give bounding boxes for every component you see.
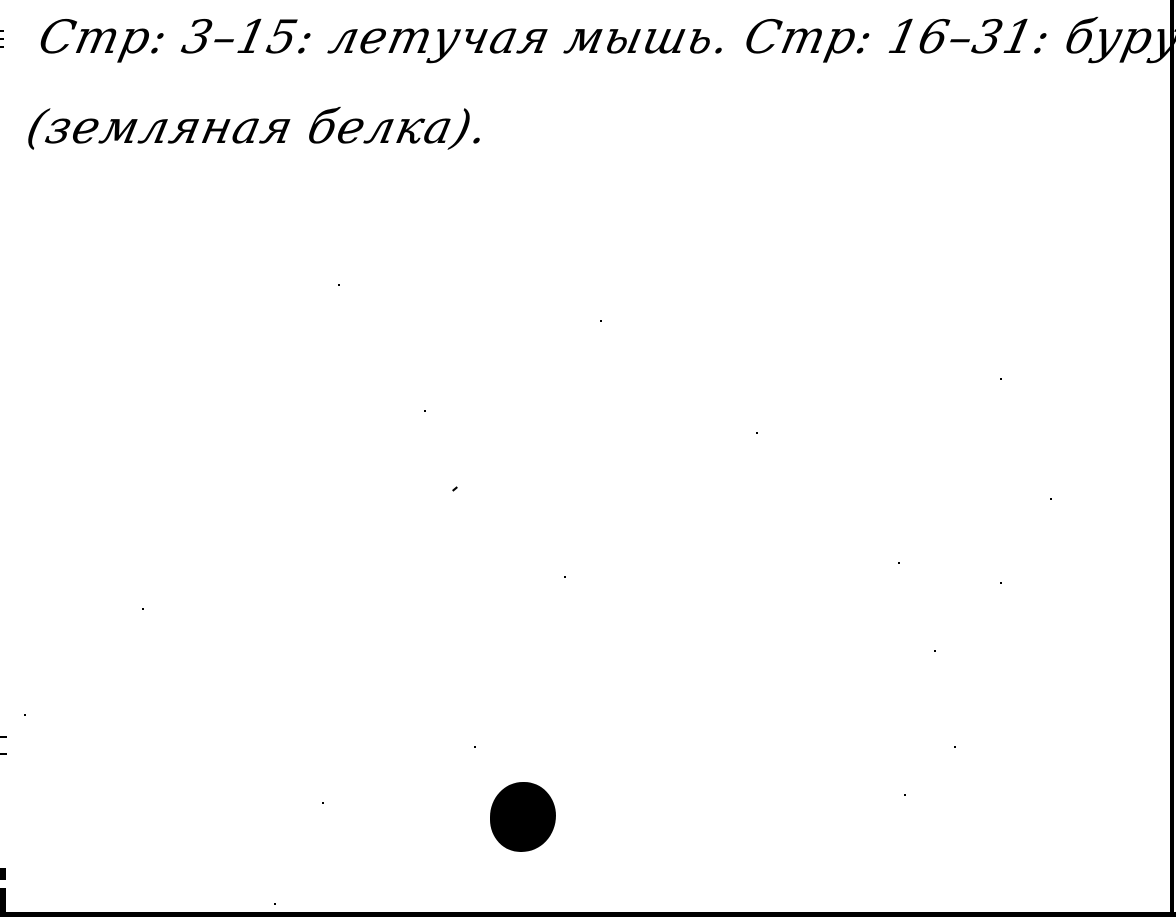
speck [274,903,276,905]
left-edge-tick [0,38,4,40]
handwritten-line-2: (земляная белка). [22,100,493,154]
speck [142,608,144,610]
handwritten-line-1: Стр: 3–15: летучая мышь. Стр: 16–31: бур… [34,10,1176,64]
speck [338,284,340,286]
left-edge-mark [0,888,6,914]
speck [1000,582,1002,584]
left-edge-tick [0,46,4,48]
index-card: Стр: 3–15: летучая мышь. Стр: 16–31: бур… [0,0,1176,920]
speck [322,802,324,804]
card-bottom-edge [0,912,1176,917]
ink-blot [490,782,556,852]
speck [1050,498,1052,500]
speck [24,714,26,716]
speck [898,562,900,564]
speck [756,432,758,434]
speck [424,410,426,412]
left-edge-tick [0,753,7,755]
speck [452,486,458,491]
card-right-edge [1170,0,1174,916]
speck [954,746,956,748]
speck [564,576,566,578]
left-edge-tick [0,30,4,32]
speck [600,320,602,322]
speck [1000,378,1002,380]
speck [934,650,936,652]
left-edge-mark [0,868,6,880]
speck [474,746,476,748]
left-edge-tick [0,736,7,738]
speck [904,794,906,796]
